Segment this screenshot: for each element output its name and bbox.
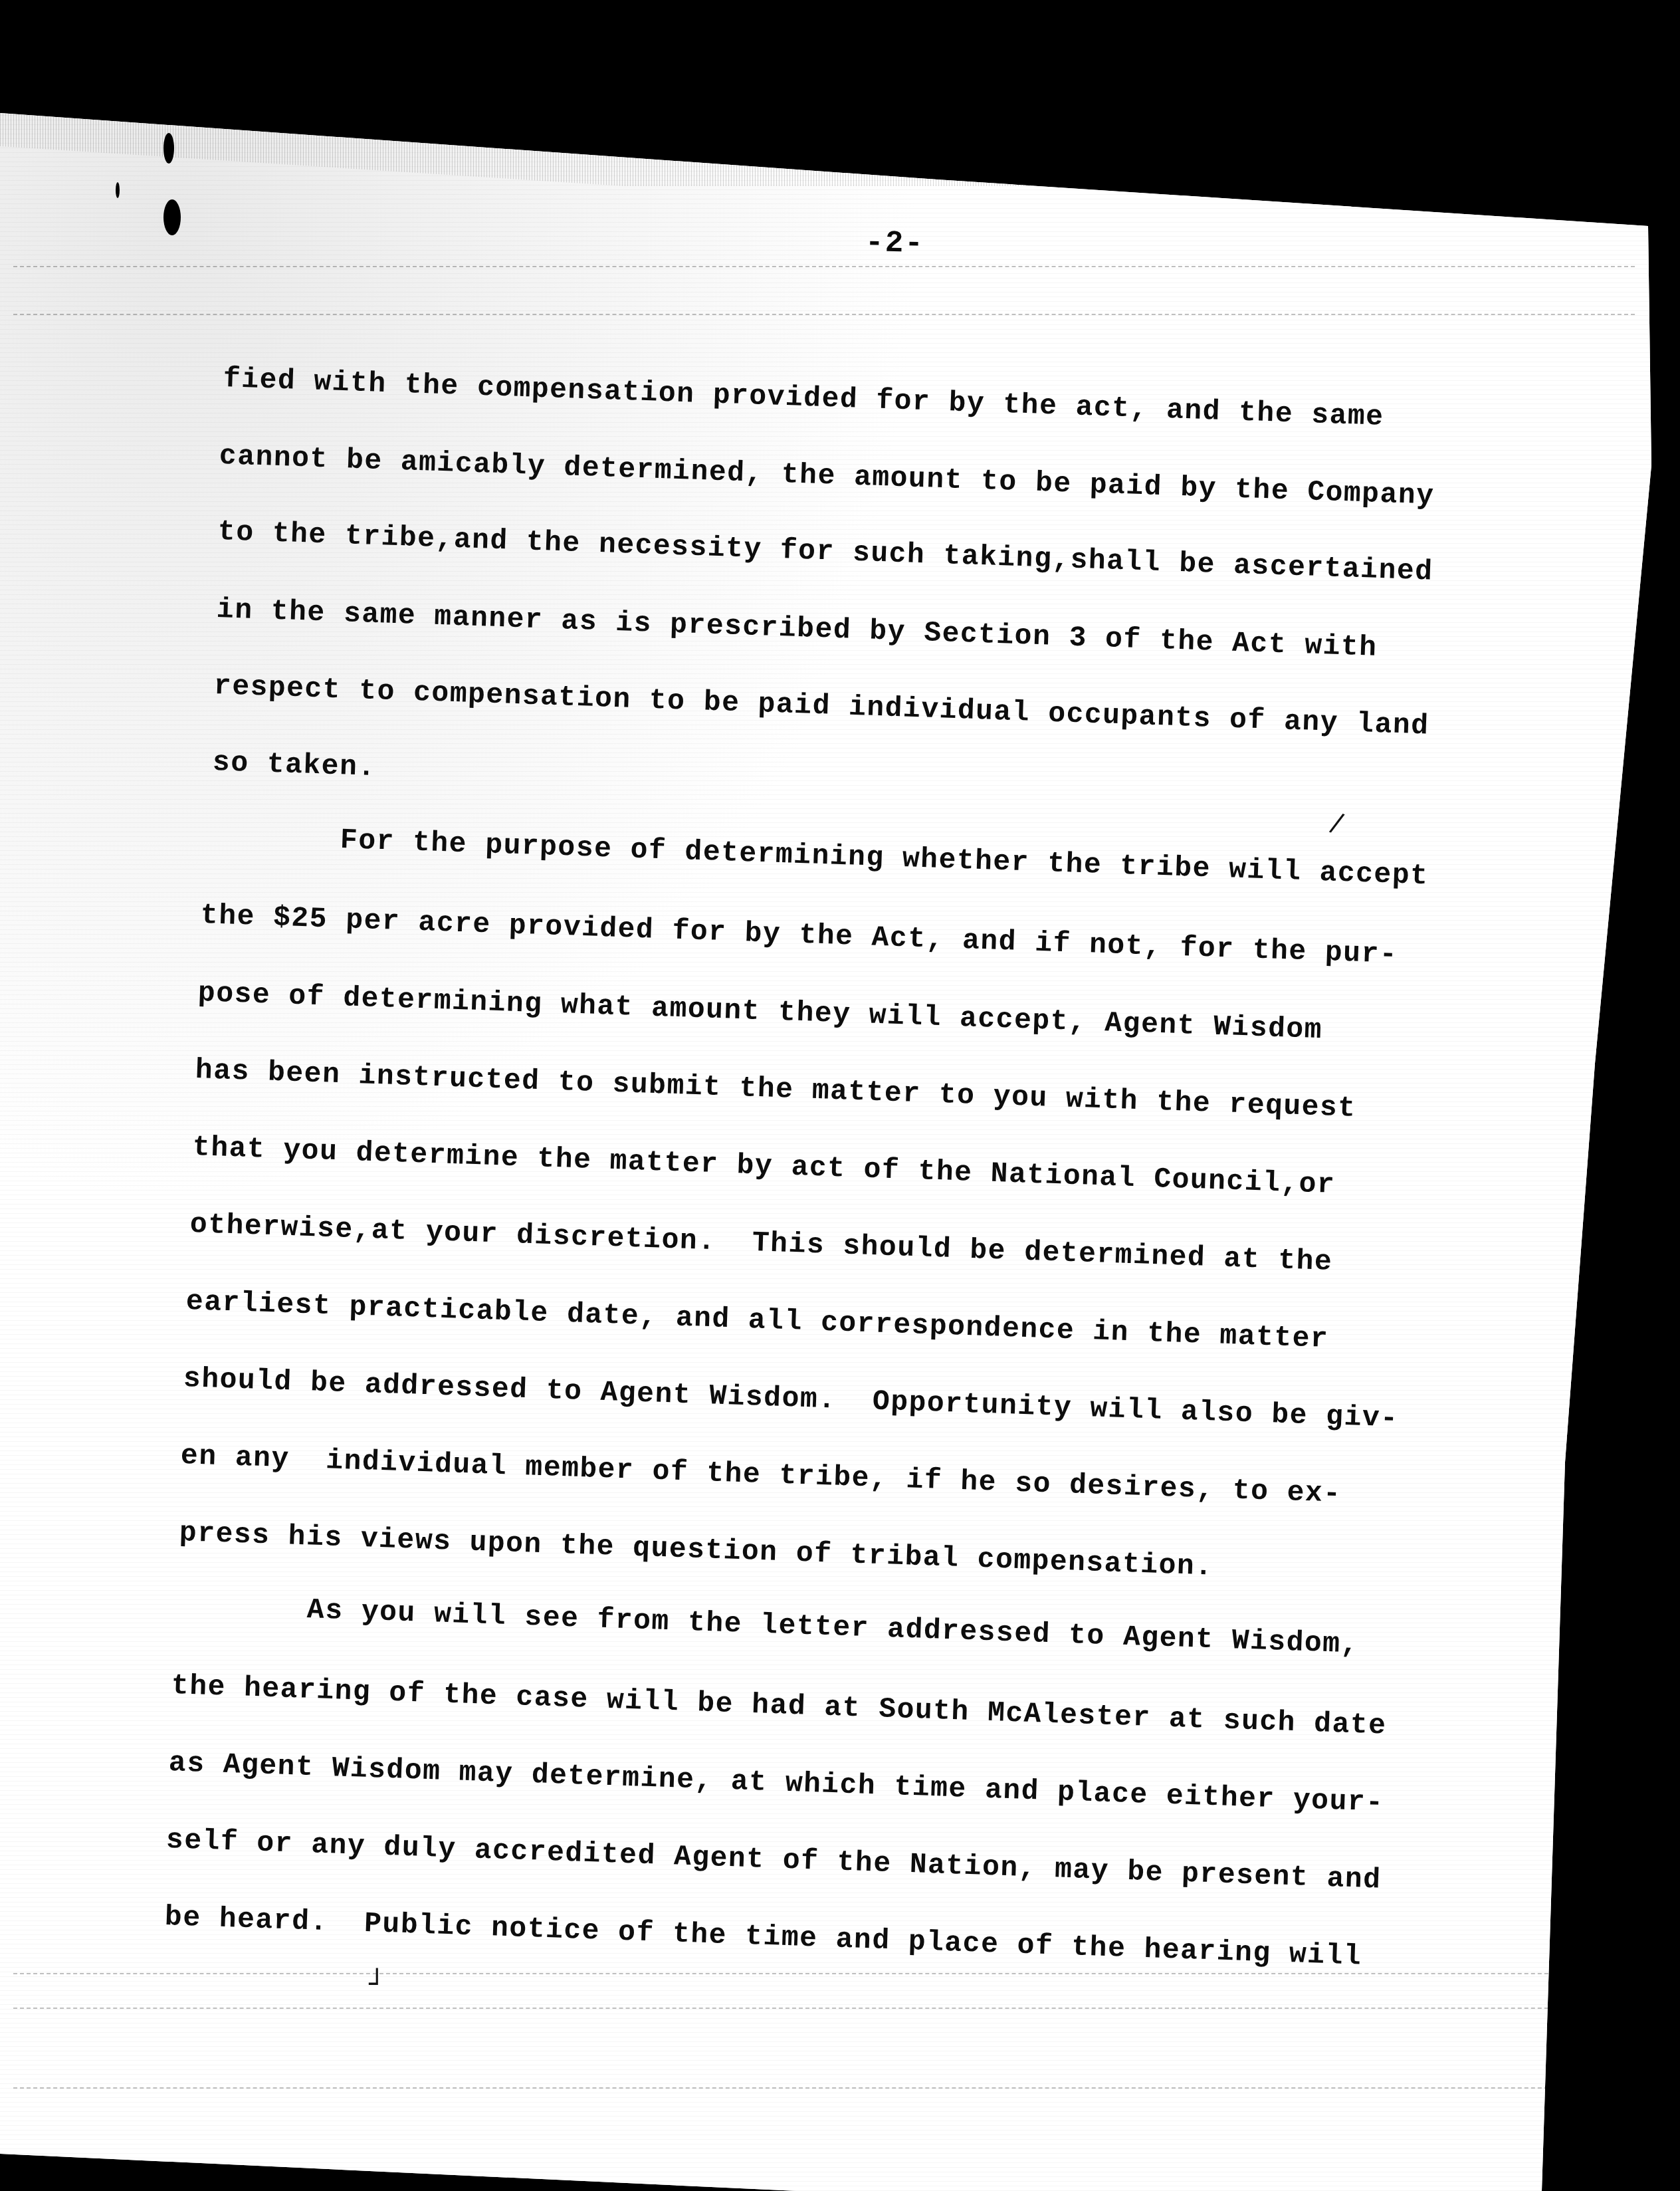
text-line: has been instructed to submit the matter… [195,1056,1356,1123]
text-line: in the same manner as is prescribed by S… [216,595,1378,662]
pencil-stroke-mark: ┘ [369,1969,385,2000]
text-line: as Agent Wisdom may determine, at which … [168,1748,1384,1817]
text-line: so taken. [212,748,376,782]
text-line: be heard. Public notice of the time and … [164,1903,1362,1971]
text-line: en any individual member of the tribe, i… [180,1441,1342,1508]
text-line: that you determine the matter by act of … [192,1133,1336,1199]
text-line: should be addressed to Agent Wisdom. Opp… [183,1364,1399,1433]
text-line: As you will see from the letter addresse… [306,1595,1359,1659]
text-line: to the tribe,and the necessity for such … [217,517,1433,586]
text-line: self or any duly accredited Agent of the… [165,1825,1382,1895]
text-line: pose of determining what amount they wil… [197,979,1322,1044]
text-line: otherwise,at your discretion. This shoul… [189,1210,1333,1276]
text-line: the $25 per acre provided for by the Act… [200,901,1398,969]
text-line: cannot be amicably determined, the amoun… [219,441,1435,511]
letter-body: fied with the compensation provided for … [0,0,1680,2191]
text-line: respect to compensation to be paid indiv… [213,671,1429,741]
text-line: press his views upon the question of tri… [179,1518,1213,1581]
text-line: earliest practicable date, and all corre… [185,1287,1329,1353]
text-line: the hearing of the case will be had at S… [171,1671,1387,1740]
text-line: For the purpose of determining whether t… [340,826,1429,890]
text-line: fied with the compensation provided for … [223,364,1384,431]
